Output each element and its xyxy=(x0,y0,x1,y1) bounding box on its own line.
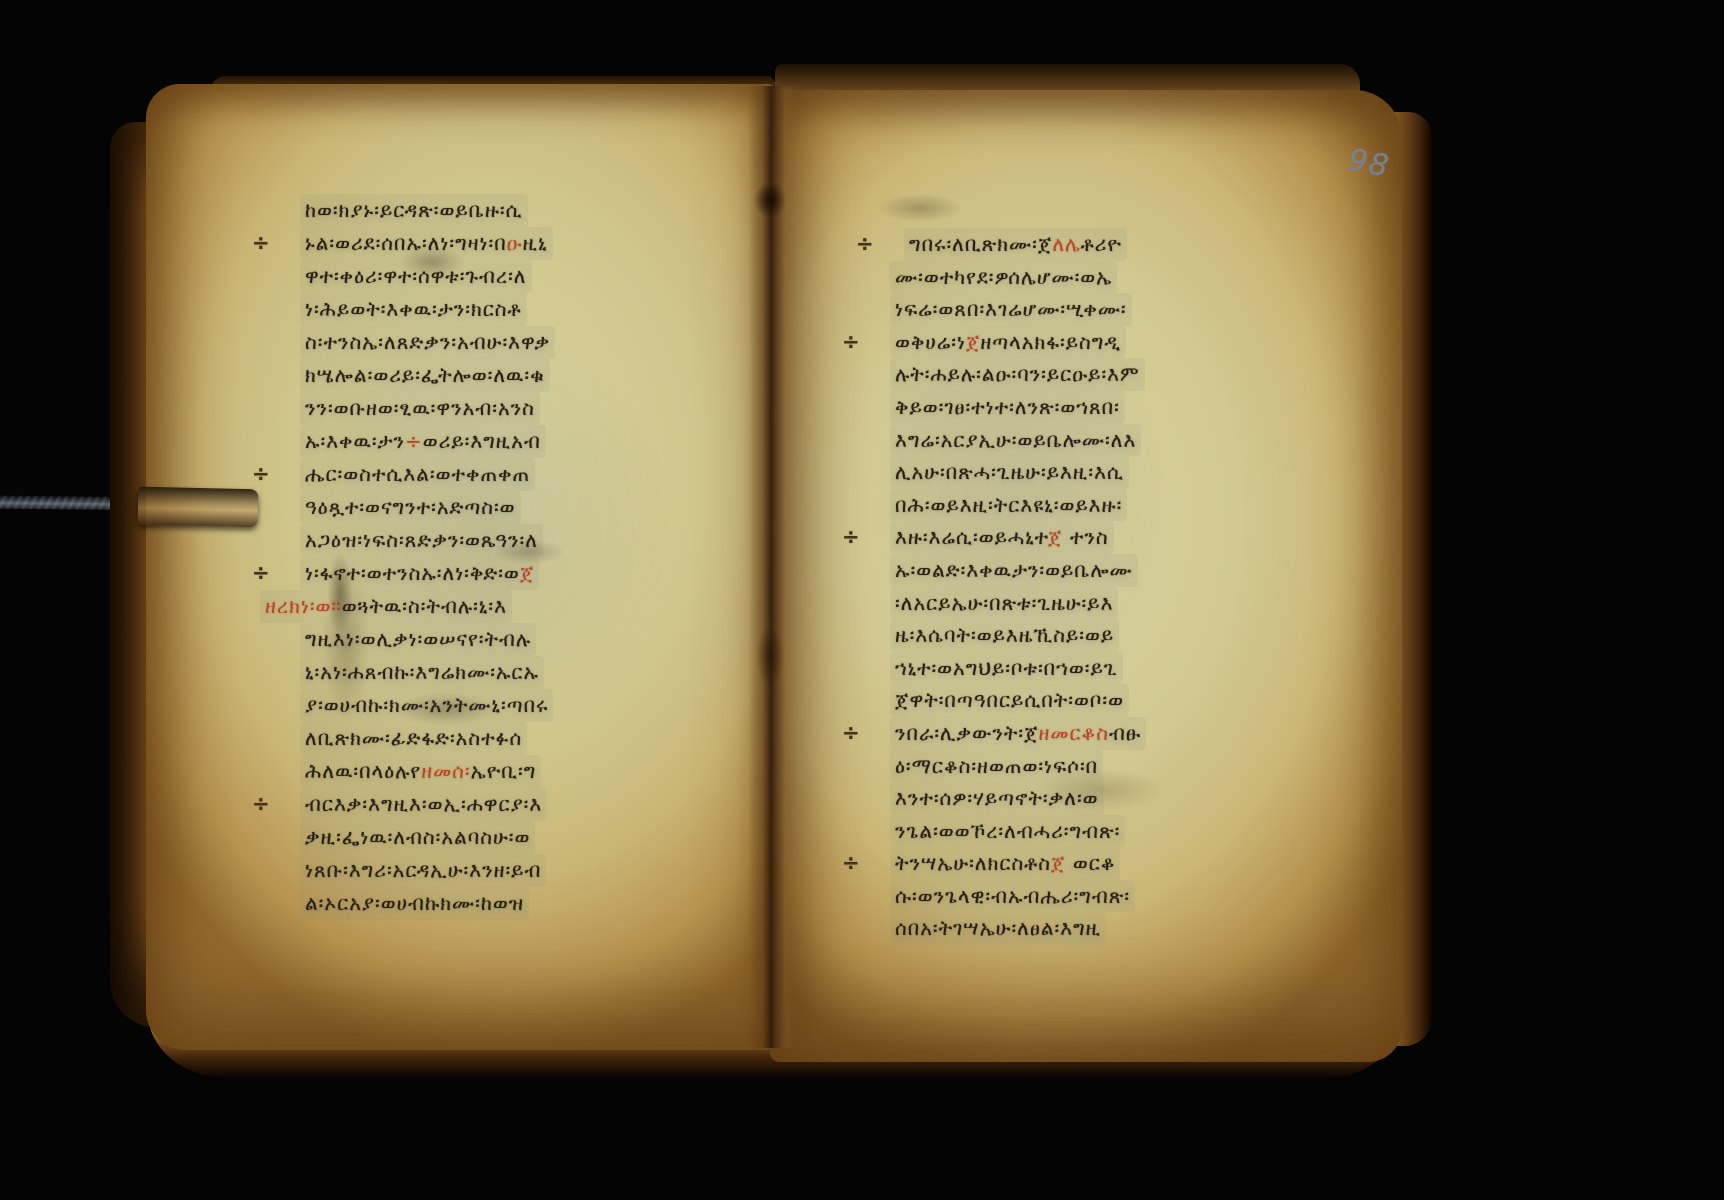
text-line: ሕለዉ፡በላዕሉየዘመሰ፡ኤዮቢ፡ግ xyxy=(300,755,541,788)
body-text: ስ፡ተንስኤ፡ለጸድቃን፡አብሁ፡እዋቃ xyxy=(305,330,550,354)
body-text: ሱ፡ወንጌላዊ፡ብኡብሔሪ፡ግብጽ፡ xyxy=(895,884,1130,908)
body-text: ዚኒ xyxy=(523,231,548,255)
text-line: ሊአሁ፡በጽሓ፡ጊዜሁ፡ይእዚ፡እሲ xyxy=(890,456,1129,489)
body-text: ሙ፡ወተካየደ፡ዎሰሌሆሙ፡ወኤ xyxy=(895,265,1112,289)
text-line: ÷ንበራ፡ሊቃውንት፡ጀዘመርቆስብፁ xyxy=(890,717,1146,750)
rubric-text: ጀ xyxy=(1051,851,1065,875)
rubric-text: ዑ xyxy=(507,231,523,255)
body-text: ብፁ xyxy=(1109,721,1141,745)
text-line: ንን፡ወቡዘወ፡ፂዉ፡ዋንአብ፡አንስ xyxy=(300,392,540,425)
text-line: ዘረክነ፡ወ።ወጓትዉ፡ስ፡ትብሉ፡ኒ፡እ xyxy=(260,590,512,623)
body-text: ኀኒተ፡ወአግህይ፡ቦቱ፡በኀወ፡ይጊ xyxy=(895,656,1118,680)
text-line: ዋተ፡ቀዕሪ፡ዋተ፡ሰዋቱ፡ጉብረ፡ለ xyxy=(300,260,532,293)
text-line: ኡ፡እቀዉ፡ታን÷ወሪይ፡እግዚአብ xyxy=(300,425,546,458)
body-text: ሊአሁ፡በጽሓ፡ጊዜሁ፡ይእዚ፡እሲ xyxy=(895,460,1124,484)
body-text: ኡ፡ወልድ፡እቀዉታን፡ወይቤሎሙ xyxy=(895,558,1133,582)
body-text: ኤዮቢ፡ግ xyxy=(471,759,537,783)
rubric-text: ዘመርቆስ xyxy=(1039,721,1109,745)
body-text: ተንስ xyxy=(1062,525,1108,549)
body-text: ብርእቃ፡እግዚእ፡ወኢ፡ሐዋርያ፡እ xyxy=(305,792,542,816)
section-mark: ÷ xyxy=(842,717,861,749)
text-line: ያ፡ወሀብኩ፡ክሙ፡አንትሙኒ፡ጣበሩ xyxy=(300,689,553,722)
body-text: ሕለዉ፡በላዕሉየ xyxy=(305,759,421,783)
body-text: ዋተ፡ቀዕሪ፡ዋተ፡ሰዋቱ፡ጉብረ፡ለ xyxy=(305,264,527,288)
body-text: እንተ፡ሰዎ፡ሃይጣኖት፡ቃለ፡ወ xyxy=(895,786,1099,810)
body-text: ሉት፡ሐይሉ፡ልዑ፡ባን፡ይርዑይ፡እም xyxy=(895,362,1140,386)
text-line: ዕ፡ማርቆስ፡ዘወጠወ፡ነፍሶ፡በ xyxy=(890,750,1103,783)
body-text: ንጌል፡ወወኾረ፡ለብሓሪ፡ግብጽ፡ xyxy=(895,819,1120,843)
right-page-text-block: ÷ግበሩ፡ለቢጽክሙ፡ጀለሌቶሪዮሙ፡ወተካየደ፡ዎሰሌሆሙ፡ወኤነፍሬ፡ወጸበ… xyxy=(890,228,1146,945)
body-text: ኒ፡አነ፡ሐጸብኩ፡እግሬክሙ፡ኡርኡ xyxy=(305,660,539,684)
body-text: ዓዕጿተ፡ወናግንተ፡አድጣስ፡ወ xyxy=(305,495,516,519)
text-line: ሱ፡ወንጌላዊ፡ብኡብሔሪ፡ግብጽ፡ xyxy=(890,880,1135,913)
photograph-background: 98 ከወ፡ክያኑ፡ይርዳጽ፡ወይቤዙ፡ሲ÷ኑል፡ወሪደ፡ሰበኡ፡ለነ፡ግዛነ፡… xyxy=(0,0,1724,1200)
section-mark: ÷ xyxy=(842,521,861,553)
text-line: ል፡ኦርአያ፡ወሀብኩክሙ፡ከወዝ xyxy=(300,887,529,920)
body-text: ከወ፡ክያኑ፡ይርዳጽ፡ወይቤዙ፡ሲ xyxy=(305,198,523,222)
text-line: አጋዕዝ፡ነፍስ፡ጸድቃን፡ወጼዓን፡ለ xyxy=(300,524,543,557)
rubric-text: ዘመሰ፡ xyxy=(421,759,470,783)
text-line: ሰበአ፡ትገሣኤሁ፡ለፀል፡እግዚ xyxy=(890,912,1106,945)
body-text: አጋዕዝ፡ነፍስ፡ጸድቃን፡ወጼዓን፡ለ xyxy=(305,528,538,552)
body-text: ፡ለአርይኤሁ፡በጽቱ፡ጊዜሁ፡ይእ xyxy=(895,591,1113,615)
body-text: ኑል፡ወሪደ፡ሰበኡ፡ለነ፡ግዛነ፡በ xyxy=(305,231,507,255)
section-mark: ÷ xyxy=(252,557,271,589)
body-text: ሔር፡ወስተሲእል፡ወተቀጠቀጠ xyxy=(305,462,530,486)
rubric-text: ዘረክነ፡ወ። xyxy=(265,594,342,618)
text-line: ሉት፡ሐይሉ፡ልዑ፡ባን፡ይርዑይ፡እም xyxy=(890,358,1145,391)
text-line: በሕ፡ወይእዚ፡ትርእዩኒ፡ወይእዙ፡ xyxy=(890,489,1127,522)
text-line: ፡ለአርይኤሁ፡በጽቱ፡ጊዜሁ፡ይእ xyxy=(890,587,1118,620)
text-line: ስ፡ተንስኤ፡ለጸድቃን፡አብሁ፡እዋቃ xyxy=(300,326,555,359)
text-line: ኒ፡አነ፡ሐጸብኩ፡እግሬክሙ፡ኡርኡ xyxy=(300,656,544,689)
body-text: ትንሣኤሁ፡ለክርስቶስ xyxy=(895,851,1051,875)
rubric-text: ለሌ xyxy=(1052,232,1080,256)
text-line: ነጸቡ፡እግሪ፡አርዳኢሁ፡እንዘ፡ይብ xyxy=(300,854,546,887)
body-text: ነ፡ሕይወት፡እቀዉ፡ታን፡ክርስቶ xyxy=(305,297,522,321)
body-text: ል፡ኦርአያ፡ወሀብኩክሙ፡ከወዝ xyxy=(305,891,524,915)
body-text: ጀዋት፡በጣዓበርይሲበት፡ወቦ፡ወ xyxy=(895,688,1124,712)
body-text: ንን፡ወቡዘወ፡ፂዉ፡ዋንአብ፡አንስ xyxy=(305,396,535,420)
body-text: ወጓትዉ፡ስ፡ትብሉ፡ኒ፡እ xyxy=(342,594,507,618)
section-mark: ÷ xyxy=(252,458,271,490)
text-line: ንጌል፡ወወኾረ፡ለብሓሪ፡ግብጽ፡ xyxy=(890,815,1125,848)
body-text: ለቢጽክሙ፡ፊድፋድ፡አስተፉሰ xyxy=(305,726,522,750)
text-line: ቃዚ፡ፌነዉ፡ለብስ፡አልባስሁ፡ወ xyxy=(300,821,535,854)
text-line: ክሤሎል፡ወሪይ፡ፌትሎወ፡ለዉ፡ቁ xyxy=(300,359,550,392)
text-line: ኀኒተ፡ወአግህይ፡ቦቱ፡በኀወ፡ይጊ xyxy=(890,652,1123,685)
rubric-text: ÷ xyxy=(405,429,423,453)
body-text: ወሪይ፡እግዚአብ xyxy=(423,429,541,453)
body-text: ንበራ፡ሊቃውንት፡ጀ xyxy=(895,721,1039,745)
text-line: ÷ብርእቃ፡እግዚእ፡ወኢ፡ሐዋርያ፡እ xyxy=(300,788,547,821)
section-mark: ÷ xyxy=(842,326,861,358)
body-text: ዘጣላአክፋ፡ይስግዲ xyxy=(980,330,1121,354)
body-text: ክሤሎል፡ወሪይ፡ፌትሎወ፡ለዉ፡ቁ xyxy=(305,363,545,387)
text-line: ÷ግበሩ፡ለቢጽክሙ፡ጀለሌቶሪዮ xyxy=(904,228,1127,261)
text-line: ነፍሬ፡ወጸበ፡እገሬሆሙ፡ሢቀሙ፡ xyxy=(890,293,1132,326)
text-line: ዜ፡እሴባት፡ወይእዜኺስይ፡ወይ xyxy=(890,619,1119,652)
body-text: እግሬ፡አርያኢሁ፡ወይቤሎሙ፡ለእ xyxy=(895,428,1136,452)
body-text: ቶሪዮ xyxy=(1081,232,1122,256)
body-text: በሕ፡ወይእዚ፡ትርእዩኒ፡ወይእዙ፡ xyxy=(895,493,1122,517)
text-line: ነ፡ሕይወት፡እቀዉ፡ታን፡ክርስቶ xyxy=(300,293,527,326)
text-line: ጀዋት፡በጣዓበርይሲበት፡ወቦ፡ወ xyxy=(890,684,1129,717)
body-text: ቃዚ፡ፌነዉ፡ለብስ፡አልባስሁ፡ወ xyxy=(305,825,530,849)
text-line: ÷ትንሣኤሁ፡ለክርስቶስጀ ወርቆ xyxy=(890,847,1120,880)
left-page-text-block: ከወ፡ክያኑ፡ይርዳጽ፡ወይቤዙ፡ሲ÷ኑል፡ወሪደ፡ሰበኡ፡ለነ፡ግዛነ፡በዑዚ… xyxy=(300,194,555,920)
text-line: ዓዕጿተ፡ወናግንተ፡አድጣስ፡ወ xyxy=(300,491,521,524)
body-text: ግበሩ፡ለቢጽክሙ፡ጀ xyxy=(909,232,1052,256)
body-text: ወቅሀሬ፡ነ xyxy=(895,330,966,354)
section-mark: ÷ xyxy=(252,788,271,820)
text-line: ቅይወ፡ገፀ፡ተነተ፡ለንጽ፡ወኀጸበ፡ xyxy=(890,391,1125,424)
text-line: ከወ፡ክያኑ፡ይርዳጽ፡ወይቤዙ፡ሲ xyxy=(300,194,528,227)
text-line: ግዚእነ፡ወሊቃነ፡ወሠናየ፡ትብሉ xyxy=(300,623,536,656)
text-line: ÷ወቅሀሬ፡ነጀዘጣላአክፋ፡ይስግዲ xyxy=(890,326,1126,359)
rubric-text: ጀ xyxy=(520,561,534,585)
body-text: ቅይወ፡ገፀ፡ተነተ፡ለንጽ፡ወኀጸበ፡ xyxy=(895,395,1120,419)
text-line: ÷ሔር፡ወስተሲእል፡ወተቀጠቀጠ xyxy=(300,458,535,491)
body-text: ነ፡ፋኖተ፡ወተንስኡ፡ለነ፡ቅድ፡ወ xyxy=(305,561,520,585)
text-line: እንተ፡ሰዎ፡ሃይጣኖት፡ቃለ፡ወ xyxy=(890,782,1104,815)
body-text: ዜ፡እሴባት፡ወይእዜኺስይ፡ወይ xyxy=(895,623,1114,647)
body-text: ነፍሬ፡ወጸበ፡እገሬሆሙ፡ሢቀሙ፡ xyxy=(895,297,1127,321)
body-text: ግዚእነ፡ወሊቃነ፡ወሠናየ፡ትብሉ xyxy=(305,627,531,651)
body-text: ኡ፡እቀዉ፡ታን xyxy=(305,429,405,453)
section-mark: ÷ xyxy=(252,227,271,259)
body-text: ያ፡ወሀብኩ፡ክሙ፡አንትሙኒ፡ጣበሩ xyxy=(305,693,548,717)
section-mark: ÷ xyxy=(856,228,875,260)
body-text: እዙ፡እሬሲ፡ወይሓኒተ xyxy=(895,525,1048,549)
body-text: ወርቆ xyxy=(1066,851,1116,875)
text-line: ÷እዙ፡እሬሲ፡ወይሓኒተጀ ተንስ xyxy=(890,521,1114,554)
book-spine-gutter xyxy=(748,86,796,1048)
text-line: እግሬ፡አርያኢሁ፡ወይቤሎሙ፡ለእ xyxy=(890,424,1141,457)
body-text: ሰበአ፡ትገሣኤሁ፡ለፀል፡እግዚ xyxy=(895,916,1101,940)
text-line: ለቢጽክሙ፡ፊድፋድ፡አስተፉሰ xyxy=(300,722,527,755)
text-line: ኡ፡ወልድ፡እቀዉታን፡ወይቤሎሙ xyxy=(890,554,1138,587)
rubric-text: ጀ xyxy=(966,330,980,354)
leather-strap xyxy=(138,487,259,528)
body-text: ነጸቡ፡እግሪ፡አርዳኢሁ፡እንዘ፡ይብ xyxy=(305,858,541,882)
section-mark: ÷ xyxy=(842,847,861,879)
text-line: ሙ፡ወተካየደ፡ዎሰሌሆሙ፡ወኤ xyxy=(890,261,1117,294)
text-line: ÷ነ፡ፋኖተ፡ወተንስኡ፡ለነ፡ቅድ፡ወጀ xyxy=(300,557,539,590)
text-line: ÷ኑል፡ወሪደ፡ሰበኡ፡ለነ፡ግዛነ፡በዑዚኒ xyxy=(300,227,553,260)
rubric-text: ጀ xyxy=(1048,525,1062,549)
body-text: ዕ፡ማርቆስ፡ዘወጠወ፡ነፍሶ፡በ xyxy=(895,754,1098,778)
